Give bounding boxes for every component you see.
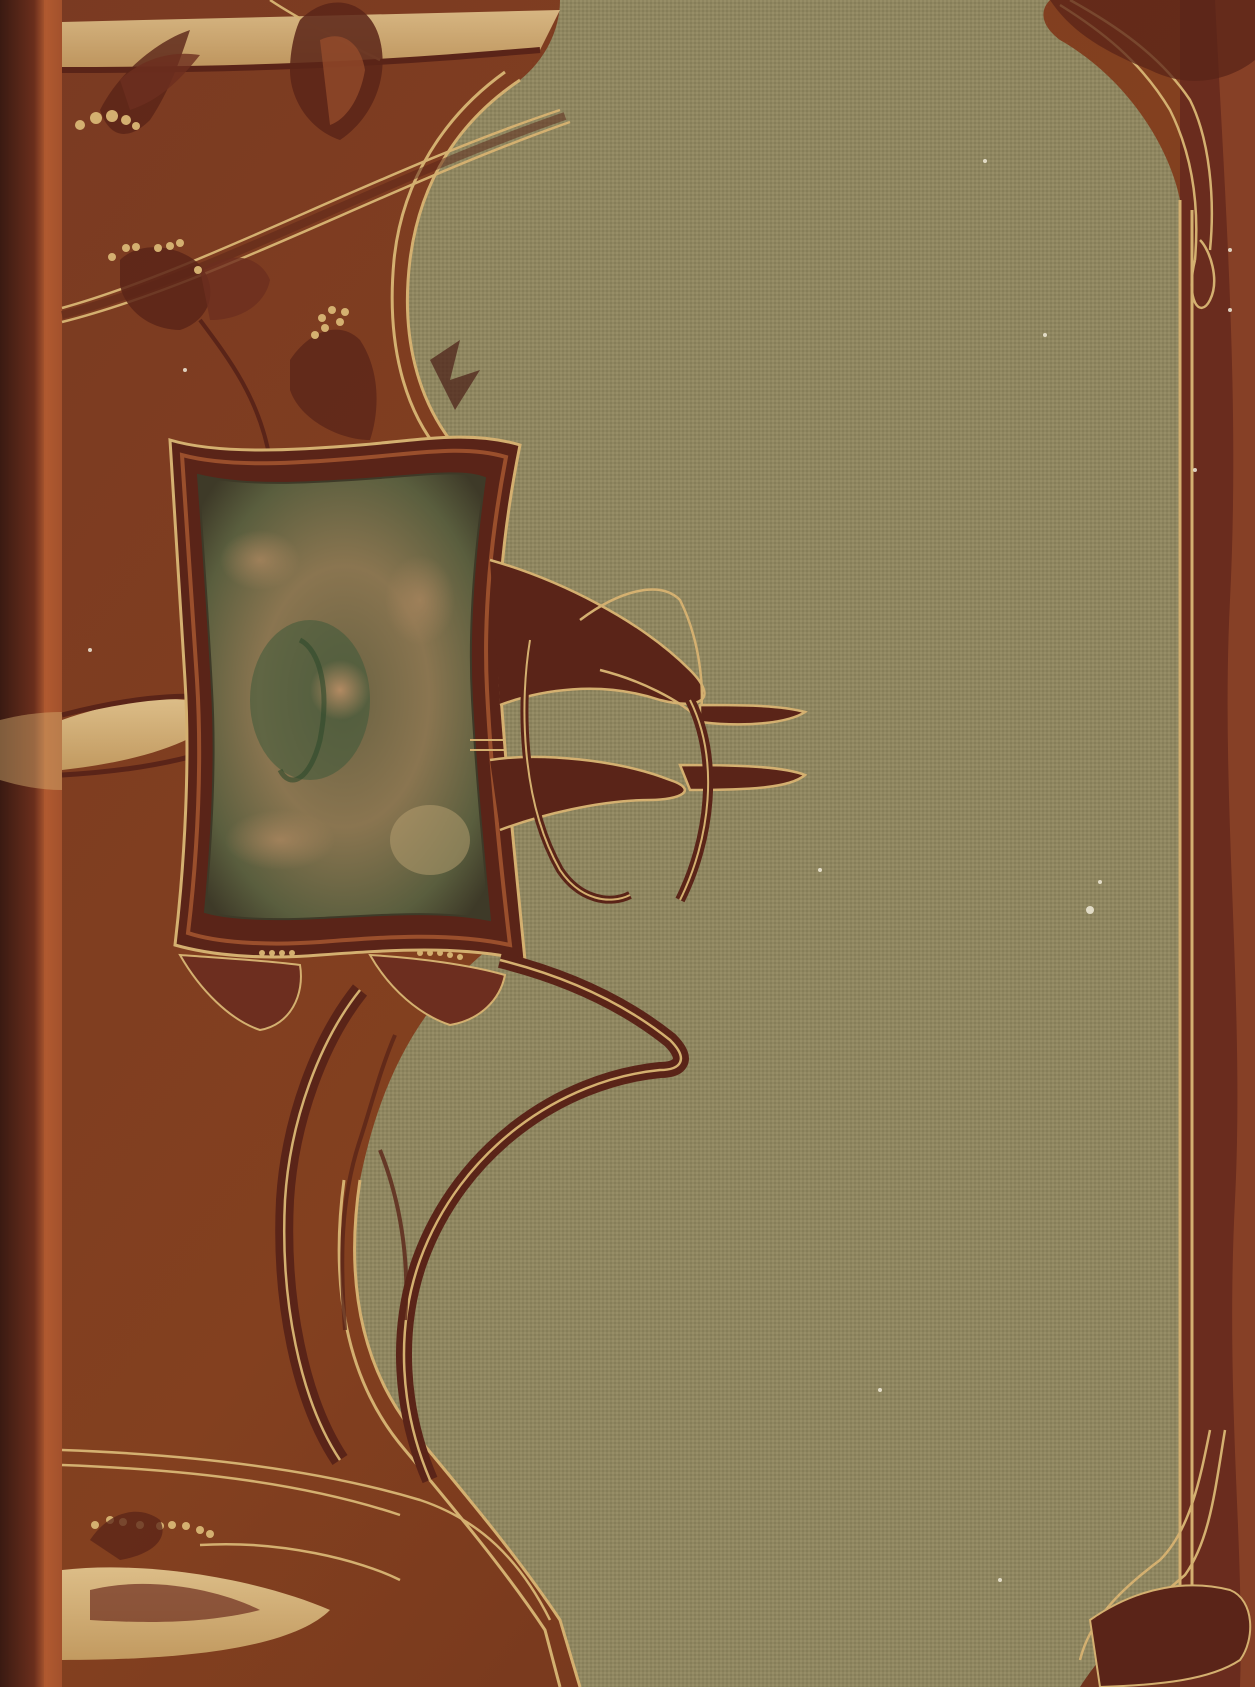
book-cover: Antique Art Nouveau book cover [0,0,1255,1687]
cover-artwork [0,0,1255,1687]
marbled-inlay [198,473,490,920]
